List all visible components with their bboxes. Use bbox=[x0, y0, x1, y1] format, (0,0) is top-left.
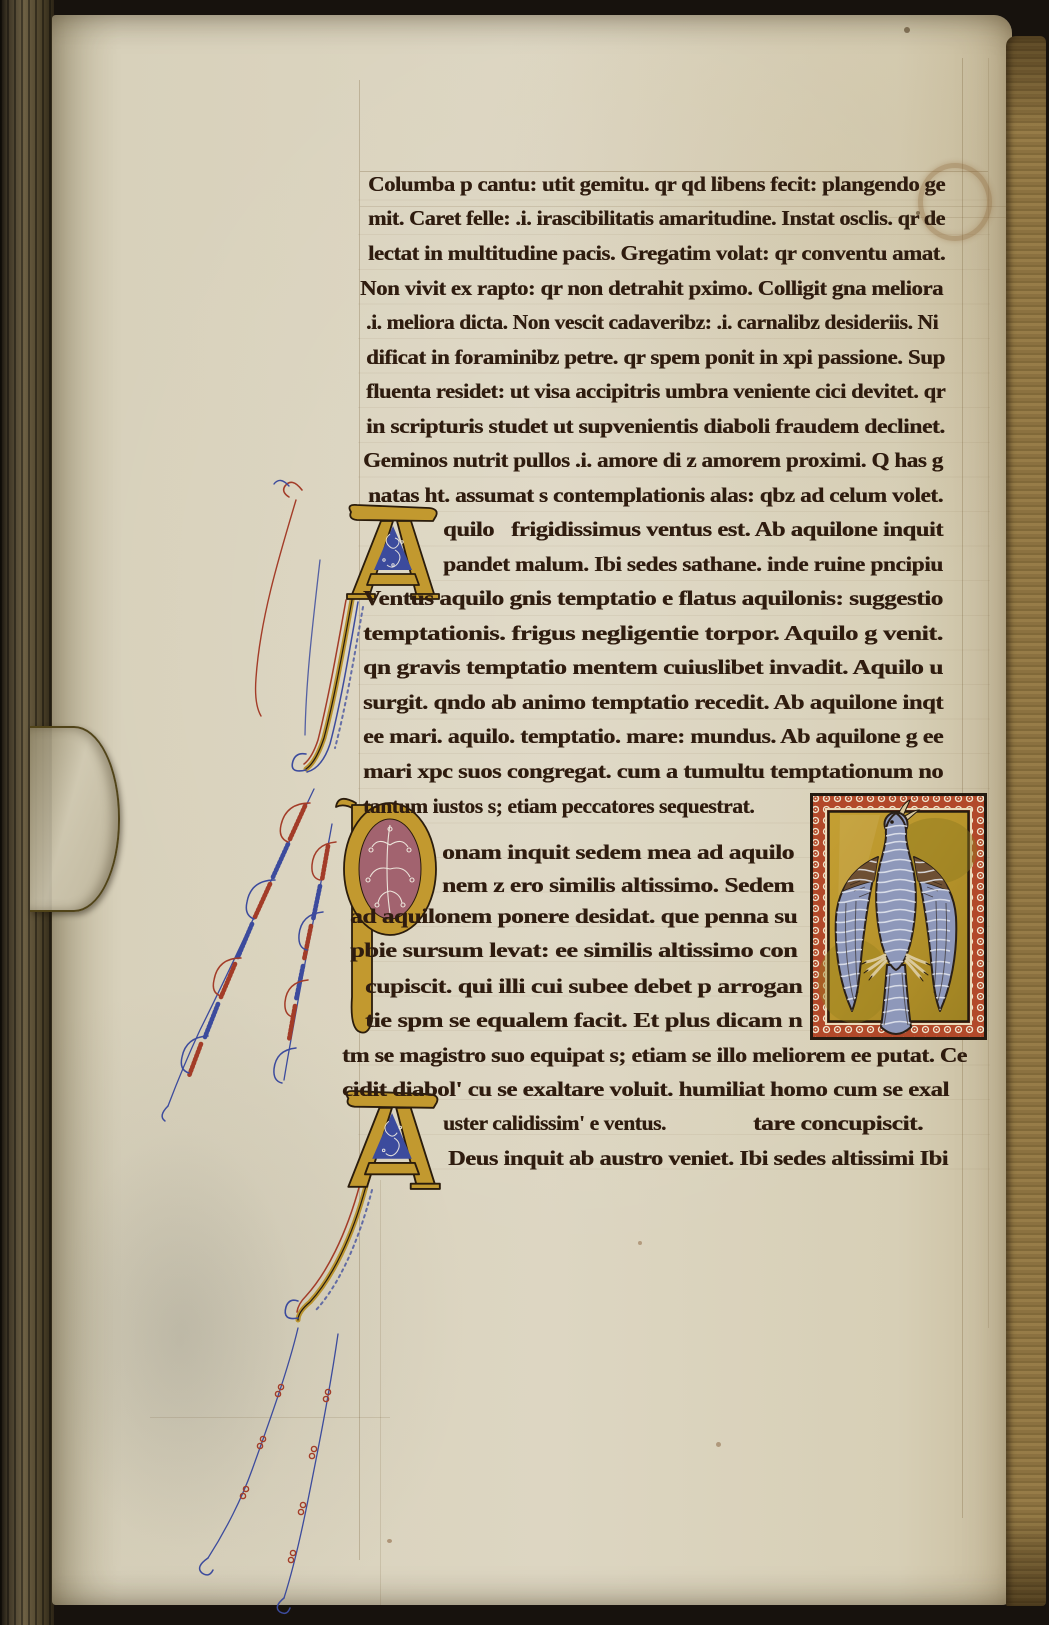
text-line: cidit diabol' cu se exaltare voluit. hum… bbox=[342, 1077, 949, 1103]
text-line: tare concupiscit. bbox=[753, 1111, 923, 1137]
text-line: dificat in foraminibz petre. qr spem pon… bbox=[366, 345, 945, 371]
text-line: fluenta residet: ut visa accipitris umbr… bbox=[366, 379, 945, 405]
text-line: mit. Caret felle: .i. irascibilitatis am… bbox=[368, 206, 945, 232]
text-line: qn gravis temptatio mentem cuiuslibet in… bbox=[363, 655, 943, 681]
text-line: quilo frigidissimus ventus est. Ab aquil… bbox=[443, 517, 943, 543]
text-line: in scripturis studet ut supvenientis dia… bbox=[366, 414, 945, 440]
manuscript-photo: Columba p cantu: utit gemitu. qr qd libe… bbox=[0, 0, 1049, 1625]
text-line: Geminos nutrit pullos .i. amore di z amo… bbox=[363, 448, 943, 474]
text-line: tie spm se equalem facit. Et plus dicam … bbox=[365, 1008, 802, 1034]
text-line: uster calidissim' e ventus. bbox=[443, 1111, 666, 1137]
text-line: temptationis. frigus negligentie torpor.… bbox=[363, 621, 943, 647]
text-line: mari xpc suos congregat. cum a tumultu t… bbox=[363, 759, 943, 785]
text-line: Ventus aquilo gnis temptatio e flatus aq… bbox=[363, 586, 943, 612]
eagle-miniature bbox=[810, 793, 987, 1040]
text-line: nem z ero similis altissimo. Sedem bbox=[442, 873, 794, 899]
text-line: Non vivit ex rapto: qr non detrahit pxim… bbox=[360, 276, 943, 302]
text-line: tantum iustos s; etiam peccatores seques… bbox=[363, 794, 754, 820]
text-line: Columba p cantu: utit gemitu. qr qd libe… bbox=[368, 172, 945, 198]
text-line: onam inquit sedem mea ad aquilo bbox=[442, 840, 794, 866]
text-line: surgit. qndo ab animo temptatio recedit.… bbox=[363, 690, 943, 716]
text-line: ad aquilonem ponere desidat. que penna s… bbox=[350, 904, 797, 930]
text-line: ee mari. aquilo. temptatio. mare: mundus… bbox=[363, 724, 943, 750]
text-line: pandet malum. Ibi sedes sathane. inde ru… bbox=[443, 552, 943, 578]
text-line: lectat in multitudine pacis. Gregatim vo… bbox=[368, 241, 945, 267]
text-line: tm se magistro suo equipat s; etiam se i… bbox=[342, 1043, 967, 1069]
text-line: pbie sursum levat: ee similis altissimo … bbox=[350, 938, 797, 964]
text-line: Deus inquit ab austro veniet. Ibi sedes … bbox=[448, 1146, 948, 1172]
text-line: natas ht. assumat s contemplationis alas… bbox=[368, 483, 943, 509]
initial-a-auster bbox=[340, 1088, 444, 1192]
text-line: cupiscit. qui illi cui subee debet p arr… bbox=[365, 974, 802, 1000]
text-line: .i. meliora dicta. Non vescit cadaveribz… bbox=[366, 310, 938, 336]
